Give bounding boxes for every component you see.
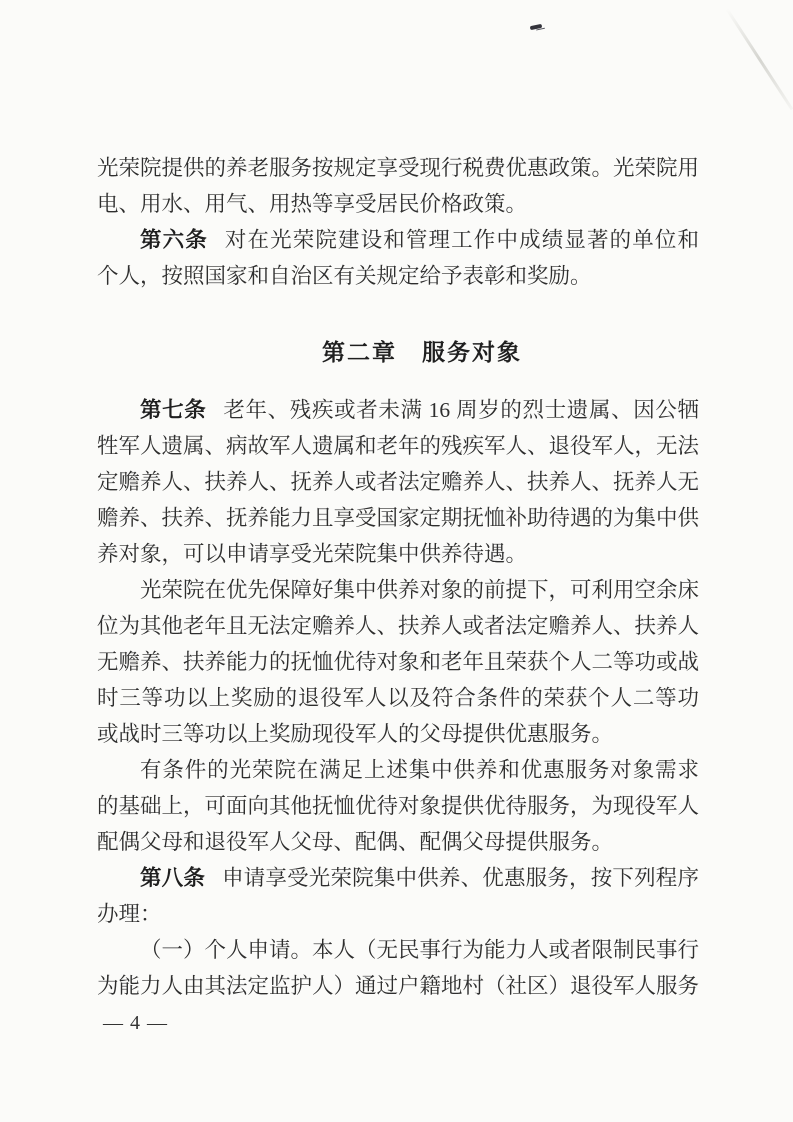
article-number: 第八条 — [140, 866, 205, 890]
document-line: 位为其他老年且无法定赡养人、扶养人或者法定赡养人、扶养人 — [97, 608, 699, 644]
document-line: 配偶父母和退役军人父母、配偶、配偶父母提供服务。 — [97, 824, 699, 860]
line-text: 有条件的光荣院在满足上述集中供养和优惠服务对象需求 — [140, 758, 699, 782]
line-text: 为能力人由其法定监护人）通过户籍地村（社区）退役军人服务 — [97, 974, 699, 998]
line-text: 光荣院提供的养老服务按规定享受现行税费优惠政策。光荣院用 — [97, 156, 699, 180]
document-line: 光荣院在优先保障好集中供养对象的前提下，可利用空余床 — [97, 572, 699, 608]
line-text: （一）个人申请。本人（无民事行为能力人或者限制民事行 — [140, 938, 699, 962]
document-line: 的基础上，可面向其他抚恤优待对象提供优待服务，为现役军人 — [97, 788, 699, 824]
document-line: 牲军人遗属、病故军人遗属和老年的残疾军人、退役军人，无法 — [97, 428, 699, 464]
document-line: 养对象，可以申请享受光荣院集中供养待遇。 — [97, 536, 699, 572]
line-text: 申请享受光荣院集中供养、优惠服务，按下列程序 — [222, 866, 699, 890]
document-line: 无赡养、扶养能力的抚恤优待对象和老年且荣获个人二等功或战 — [97, 644, 699, 680]
document-line: 第八条申请享受光荣院集中供养、优惠服务，按下列程序 — [97, 860, 699, 896]
line-text: 无赡养、扶养能力的抚恤优待对象和老年且荣获个人二等功或战 — [97, 650, 699, 674]
document-line: 或战时三等功以上奖励现役军人的父母提供优惠服务。 — [97, 716, 699, 752]
line-text: 光荣院在优先保障好集中供养对象的前提下，可利用空余床 — [140, 578, 699, 602]
document-line: 第六条对在光荣院建设和管理工作中成绩显著的单位和 — [97, 222, 699, 258]
document-line: 光荣院提供的养老服务按规定享受现行税费优惠政策。光荣院用 — [97, 150, 699, 186]
line-text: 养对象，可以申请享受光荣院集中供养待遇。 — [97, 542, 527, 566]
line-text: 办理： — [97, 902, 162, 926]
document-line: 办理： — [97, 896, 699, 932]
line-text: 个人，按照国家和自治区有关规定给予表彰和奖励。 — [97, 264, 592, 288]
document-line: 时三等功以上奖励的退役军人以及符合条件的荣获个人二等功 — [97, 680, 699, 716]
chapter-heading: 第二章 服务对象 — [97, 334, 699, 370]
line-text: 位为其他老年且无法定赡养人、扶养人或者法定赡养人、扶养人 — [97, 614, 699, 638]
document-line: 赡养、扶养、抚养能力且享受国家定期抚恤补助待遇的为集中供 — [97, 500, 699, 536]
line-text: 电、用水、用气、用热等享受居民价格政策。 — [97, 192, 527, 216]
line-text: 赡养、扶养、抚养能力且享受国家定期抚恤补助待遇的为集中供 — [97, 506, 699, 530]
document-line: 个人，按照国家和自治区有关规定给予表彰和奖励。 — [97, 258, 699, 294]
document-line: 有条件的光荣院在满足上述集中供养和优惠服务对象需求 — [97, 752, 699, 788]
document-body: 光荣院提供的养老服务按规定享受现行税费优惠政策。光荣院用 电、用水、用气、用热等… — [97, 150, 699, 1004]
document-line: 第七条老年、残疾或者未满 16 周岁的烈士遗属、因公牺 — [97, 392, 699, 428]
scanned-document-page: 光荣院提供的养老服务按规定享受现行税费优惠政策。光荣院用 电、用水、用气、用热等… — [0, 0, 793, 1122]
line-text: 配偶父母和退役军人父母、配偶、配偶父母提供服务。 — [97, 830, 613, 854]
document-line: 电、用水、用气、用热等享受居民价格政策。 — [97, 186, 699, 222]
line-text: 老年、残疾或者未满 16 周岁的烈士遗属、因公牺 — [223, 398, 699, 422]
document-line: 定赡养人、扶养人、抚养人或者法定赡养人、扶养人、抚养人无 — [97, 464, 699, 500]
line-text: 牲军人遗属、病故军人遗属和老年的残疾军人、退役军人，无法 — [97, 434, 699, 458]
document-line: （一）个人申请。本人（无民事行为能力人或者限制民事行 — [97, 932, 699, 968]
line-text: 对在光荣院建设和管理工作中成绩显著的单位和 — [225, 228, 699, 252]
scan-crease — [725, 8, 793, 110]
page-number: — 4 — — [103, 1012, 168, 1035]
line-text: 时三等功以上奖励的退役军人以及符合条件的荣获个人二等功 — [97, 686, 699, 710]
line-text: 定赡养人、扶养人、抚养人或者法定赡养人、扶养人、抚养人无 — [97, 470, 699, 494]
article-number: 第六条 — [140, 228, 208, 252]
line-text: 的基础上，可面向其他抚恤优待对象提供优待服务，为现役军人 — [97, 794, 699, 818]
document-line: 为能力人由其法定监护人）通过户籍地村（社区）退役军人服务 — [97, 968, 699, 1004]
line-text: 或战时三等功以上奖励现役军人的父母提供优惠服务。 — [97, 722, 613, 746]
ink-speck — [530, 24, 543, 30]
article-number: 第七条 — [140, 398, 206, 422]
